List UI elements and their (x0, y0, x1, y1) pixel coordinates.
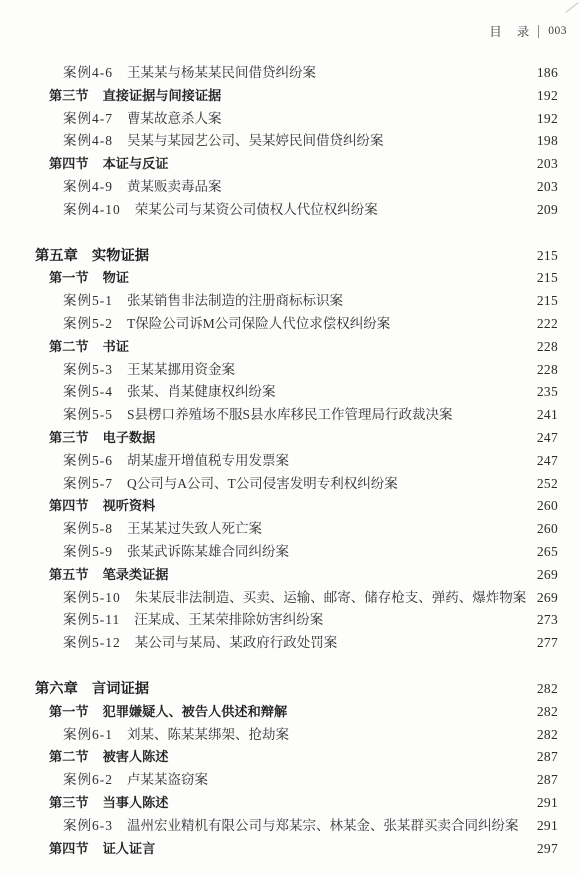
toc-entry-prefix: 案例5-4 (63, 381, 113, 404)
toc-row-section: 第三节电子数据247 (35, 427, 558, 450)
toc-entry-prefix: 第三节 (49, 792, 89, 815)
toc-entry-prefix: 第三节 (49, 85, 89, 108)
toc-entry-page: 198 (527, 130, 558, 153)
toc-entry-page: 282 (527, 678, 558, 701)
toc-entry-title: 本证与反证 (103, 153, 169, 176)
toc-entry-prefix: 第五节 (49, 564, 89, 587)
toc-entry-page: 228 (527, 336, 558, 359)
toc-row-case: 案例5-4张某、肖某健康权纠纷案235 (35, 381, 558, 404)
toc-entry-title: 张某武诉陈某雄合同纠纷案 (127, 541, 289, 564)
toc-entry-title: T保险公司诉M公司保险人代位求偿权纠纷案 (127, 313, 390, 336)
toc-row-section: 第五节笔录类证据269 (35, 564, 558, 587)
toc-row-case: 案例5-2T保险公司诉M公司保险人代位求偿权纠纷案222 (35, 313, 558, 336)
toc-entry-title: 温州宏业精机有限公司与郑某宗、林某金、张某群买卖合同纠纷案 (127, 815, 519, 838)
toc-group: 第六章言词证据282第一节犯罪嫌疑人、被告人供述和辩解282案例6-1刘某、陈某… (35, 678, 558, 860)
toc-entry-title: Q公司与A公司、T公司侵害发明专利权纠纷案 (127, 473, 398, 496)
toc-row-section: 第一节犯罪嫌疑人、被告人供述和辩解282 (35, 701, 558, 724)
toc-entry-page: 192 (527, 108, 558, 131)
toc-entry-title: 笔录类证据 (103, 564, 169, 587)
toc-entry-prefix: 案例5-2 (63, 313, 113, 336)
toc-entry-title: 荣某公司与某资公司债权人代位权纠纷案 (135, 199, 378, 222)
toc-entry-prefix: 案例5-1 (63, 290, 113, 313)
toc-entry-title: 王某某过失致人死亡案 (127, 518, 262, 541)
toc-entry-page: 260 (527, 495, 558, 518)
toc-entry-page: 209 (527, 199, 558, 222)
toc-row-case: 案例5-11汪某成、王某荣排除妨害纠纷案273 (35, 609, 558, 632)
toc-entry-prefix: 案例6-2 (63, 769, 113, 792)
toc-row-case: 案例5-7Q公司与A公司、T公司侵害发明专利权纠纷案252 (35, 473, 558, 496)
toc-row-case: 案例4-8吴某与某园艺公司、吴某婷民间借贷纠纷案198 (35, 130, 558, 153)
toc-entry-title: 黄某贩卖毒品案 (127, 176, 222, 199)
toc-entry-title: 实物证据 (92, 245, 149, 268)
toc-entry-title: S县楞口养殖场不服S县水库移民工作管理局行政裁决案 (127, 404, 453, 427)
toc-entry-prefix: 第二节 (49, 746, 89, 769)
toc-entry-title: 张某销售非法制造的注册商标标识案 (127, 290, 343, 313)
toc-row-case: 案例6-2卢某某盗窃案287 (35, 769, 558, 792)
toc-entry-page: 192 (527, 85, 558, 108)
toc-row-case: 案例4-6王某某与杨某某民间借贷纠纷案186 (35, 62, 558, 85)
toc-entry-page: 273 (527, 609, 558, 632)
toc-entry-page: 215 (527, 267, 558, 290)
toc-row-case: 案例5-6胡某虚开增值税专用发票案247 (35, 450, 558, 473)
toc-entry-title: 胡某虚开增值税专用发票案 (127, 450, 289, 473)
toc-entry-page: 252 (527, 473, 558, 496)
toc-entry-page: 291 (527, 815, 558, 838)
toc-entry-page: 222 (527, 313, 558, 336)
toc-entry-page: 297 (527, 838, 558, 861)
toc-entry-title: 言词证据 (92, 678, 149, 701)
toc-entry-page: 235 (527, 381, 558, 404)
toc-row-case: 案例5-3王某某挪用资金案228 (35, 359, 558, 382)
toc-entry-title: 朱某辰非法制造、买卖、运输、邮寄、储存枪支、弹药、爆炸物案 (135, 587, 527, 610)
toc-row-section: 第四节视听资料260 (35, 495, 558, 518)
toc-entry-prefix: 第三节 (49, 427, 89, 450)
toc-entry-page: 282 (527, 724, 558, 747)
toc-entry-prefix: 案例5-5 (63, 404, 113, 427)
header-page-number: 003 (548, 25, 567, 37)
toc-entry-prefix: 第四节 (49, 838, 89, 861)
toc-entry-prefix: 第四节 (49, 495, 89, 518)
toc-entry-page: 269 (527, 564, 558, 587)
toc-entry-prefix: 第一节 (49, 701, 89, 724)
toc-entry-page: 203 (527, 176, 558, 199)
toc-entry-prefix: 第二节 (49, 336, 89, 359)
page-header: 目 录 003 (489, 22, 567, 40)
header-divider (538, 25, 539, 38)
toc-row-case: 案例5-5S县楞口养殖场不服S县水库移民工作管理局行政裁决案241 (35, 404, 558, 427)
toc-entry-page: 203 (527, 153, 558, 176)
toc-entry-title: 电子数据 (103, 427, 156, 450)
toc-entry-title: 吴某与某园艺公司、吴某婷民间借贷纠纷案 (127, 130, 384, 153)
toc-entry-page: 186 (527, 62, 558, 85)
toc-entry-prefix: 案例4-9 (63, 176, 113, 199)
toc-entry-title: 物证 (103, 267, 129, 290)
toc-entry-prefix: 案例6-1 (63, 724, 113, 747)
scan-artifact-line (565, 2, 578, 13)
toc-entry-title: 张某、肖某健康权纠纷案 (127, 381, 276, 404)
toc-entry-prefix: 案例6-3 (63, 815, 113, 838)
toc-entry-prefix: 案例4-10 (63, 199, 121, 222)
toc-group: 案例4-6王某某与杨某某民间借贷纠纷案186第三节直接证据与间接证据192案例4… (35, 62, 558, 222)
toc-row-section: 第一节物证215 (35, 267, 558, 290)
header-title-char: 录 (517, 22, 530, 40)
toc-row-case: 案例4-9黄某贩卖毒品案203 (35, 176, 558, 199)
toc-entry-prefix: 案例5-3 (63, 359, 113, 382)
toc-entry-prefix: 案例4-6 (63, 62, 113, 85)
toc-row-case: 案例6-3温州宏业精机有限公司与郑某宗、林某金、张某群买卖合同纠纷案291 (35, 815, 558, 838)
toc-row-case: 案例4-7曹某故意杀人案192 (35, 108, 558, 131)
table-of-contents: 案例4-6王某某与杨某某民间借贷纠纷案186第三节直接证据与间接证据192案例4… (35, 62, 558, 860)
toc-entry-title: 某公司与某局、某政府行政处罚案 (135, 632, 338, 655)
toc-row-case: 案例6-1刘某、陈某某绑架、抢劫案282 (35, 724, 558, 747)
toc-entry-page: 247 (527, 427, 558, 450)
toc-entry-page: 265 (527, 541, 558, 564)
toc-entry-title: 汪某成、王某荣排除妨害纠纷案 (134, 609, 323, 632)
toc-entry-prefix: 案例5-7 (63, 473, 113, 496)
toc-entry-prefix: 案例5-6 (63, 450, 113, 473)
toc-entry-title: 王某某挪用资金案 (127, 359, 235, 382)
toc-entry-title: 书证 (103, 336, 129, 359)
toc-entry-title: 当事人陈述 (103, 792, 169, 815)
toc-entry-prefix: 第四节 (49, 153, 89, 176)
toc-row-section: 第三节直接证据与间接证据192 (35, 85, 558, 108)
toc-row-case: 案例5-8王某某过失致人死亡案260 (35, 518, 558, 541)
toc-entry-page: 260 (527, 518, 558, 541)
toc-entry-prefix: 第六章 (35, 678, 78, 701)
toc-entry-title: 被害人陈述 (103, 746, 169, 769)
toc-row-section: 第四节证人证言297 (35, 838, 558, 861)
toc-entry-title: 视听资料 (103, 495, 156, 518)
toc-entry-title: 证人证言 (103, 838, 156, 861)
toc-group: 第五章实物证据215第一节物证215案例5-1张某销售非法制造的注册商标标识案2… (35, 245, 558, 655)
toc-row-case: 案例5-1张某销售非法制造的注册商标标识案215 (35, 290, 558, 313)
toc-entry-page: 291 (527, 792, 558, 815)
toc-row-section: 第三节当事人陈述291 (35, 792, 558, 815)
toc-row-section: 第二节书证228 (35, 336, 558, 359)
toc-entry-title: 卢某某盗窃案 (127, 769, 208, 792)
toc-row-case: 案例5-10朱某辰非法制造、买卖、运输、邮寄、储存枪支、弹药、爆炸物案269 (35, 587, 558, 610)
toc-entry-page: 269 (527, 587, 558, 610)
toc-row-section: 第四节本证与反证203 (35, 153, 558, 176)
toc-row-case: 案例5-12某公司与某局、某政府行政处罚案277 (35, 632, 558, 655)
toc-entry-page: 287 (527, 769, 558, 792)
toc-entry-page: 277 (527, 632, 558, 655)
toc-row-case: 案例4-10荣某公司与某资公司债权人代位权纠纷案209 (35, 199, 558, 222)
toc-entry-prefix: 案例5-9 (63, 541, 113, 564)
toc-entry-prefix: 案例4-7 (63, 108, 113, 131)
toc-entry-page: 287 (527, 746, 558, 769)
header-title-char: 目 (489, 22, 502, 40)
toc-row-chapter: 第六章言词证据282 (35, 678, 558, 701)
toc-row-case: 案例5-9张某武诉陈某雄合同纠纷案265 (35, 541, 558, 564)
toc-row-chapter: 第五章实物证据215 (35, 245, 558, 268)
toc-entry-prefix: 案例5-11 (63, 609, 120, 632)
toc-row-section: 第二节被害人陈述287 (35, 746, 558, 769)
toc-entry-prefix: 第一节 (49, 267, 89, 290)
toc-entry-title: 直接证据与间接证据 (103, 85, 222, 108)
toc-entry-page: 228 (527, 359, 558, 382)
toc-entry-title: 刘某、陈某某绑架、抢劫案 (127, 724, 289, 747)
toc-entry-page: 247 (527, 450, 558, 473)
toc-entry-title: 犯罪嫌疑人、被告人供述和辩解 (103, 701, 288, 724)
toc-entry-page: 215 (527, 245, 558, 268)
toc-entry-page: 215 (527, 290, 558, 313)
toc-entry-page: 241 (527, 404, 558, 427)
toc-entry-prefix: 案例5-10 (63, 587, 121, 610)
toc-entry-prefix: 案例5-8 (63, 518, 113, 541)
toc-entry-prefix: 案例4-8 (63, 130, 113, 153)
toc-entry-page: 282 (527, 701, 558, 724)
toc-entry-prefix: 第五章 (35, 245, 78, 268)
toc-entry-prefix: 案例5-12 (63, 632, 121, 655)
toc-entry-title: 曹某故意杀人案 (127, 108, 222, 131)
toc-entry-title: 王某某与杨某某民间借贷纠纷案 (127, 62, 316, 85)
